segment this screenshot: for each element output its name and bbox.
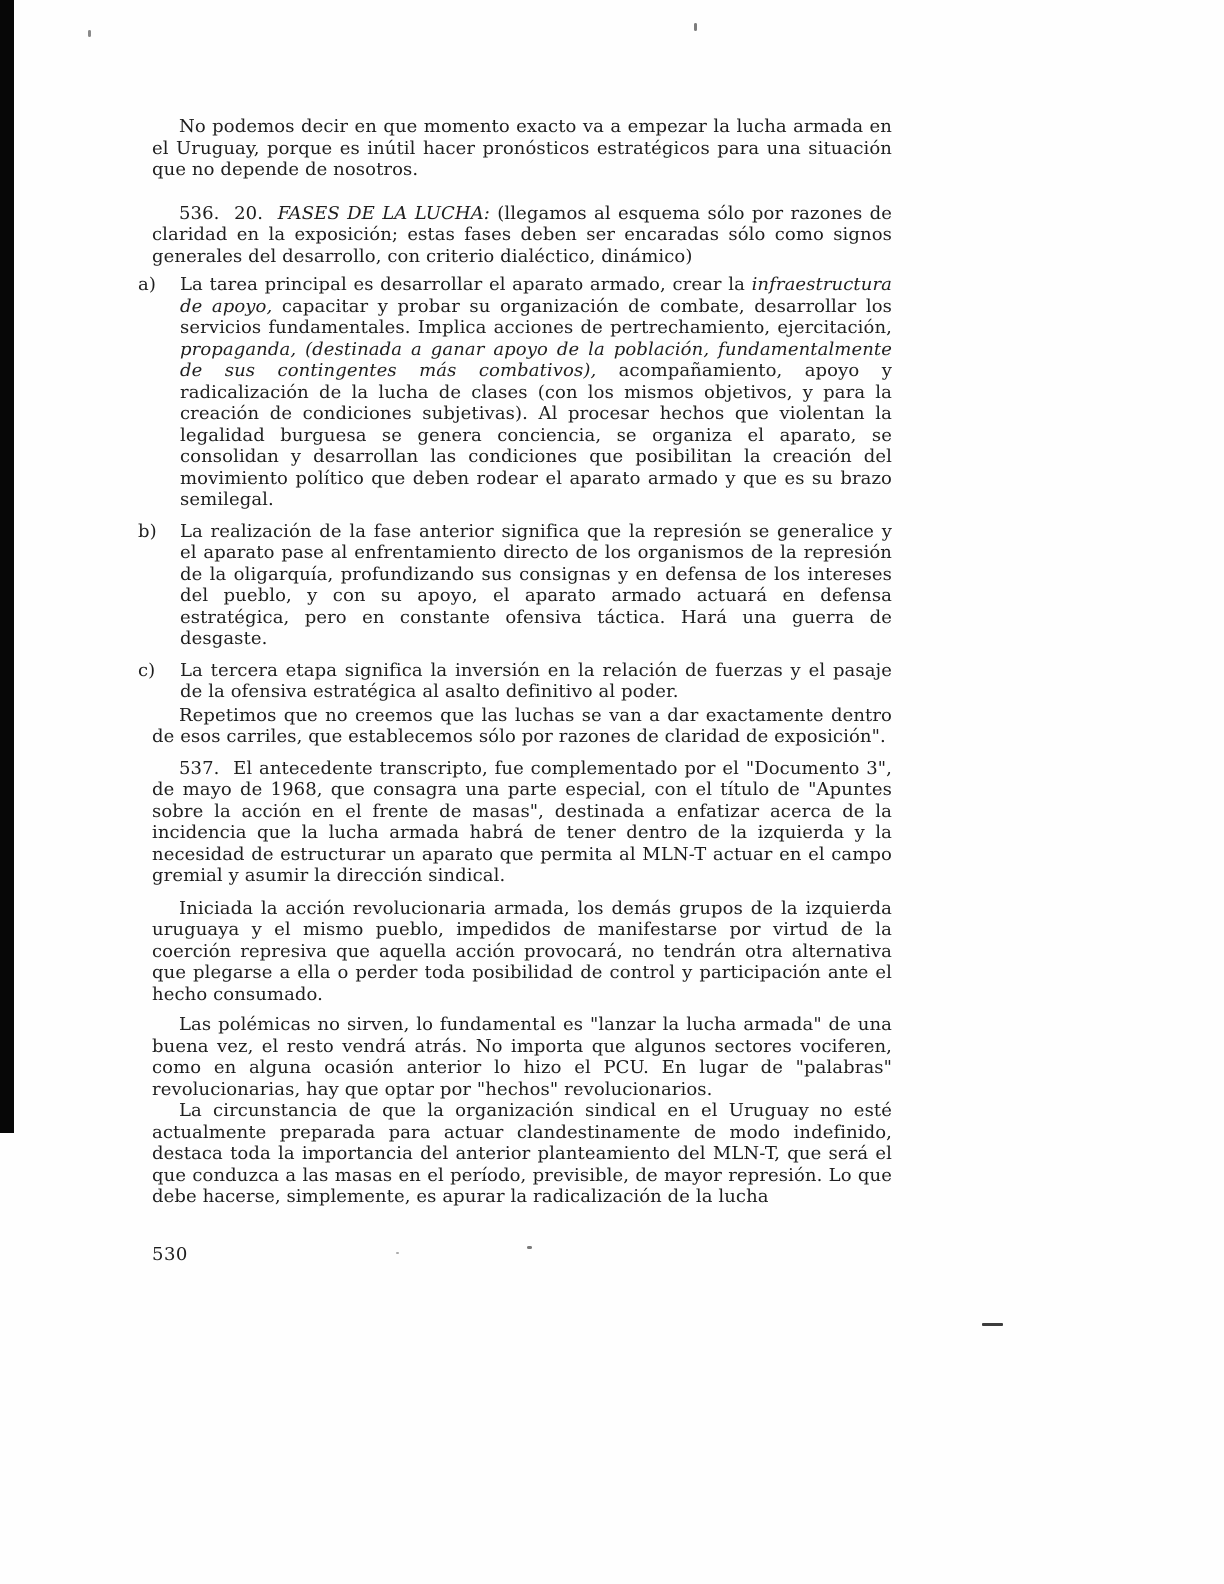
paragraph-536: 536. 20. FASES DE LA LUCHA: (llegamos al… <box>152 203 892 268</box>
stray-dash-mark <box>982 1323 1003 1326</box>
scan-speck-bottom-center <box>527 1246 532 1249</box>
list-item-c: c) La tercera etapa significa la inversi… <box>152 660 892 703</box>
paragraph-circunstancia-text: La circunstancia de que la organización … <box>152 1100 892 1207</box>
paragraph-polemicas-text: Las polémicas no sirven, lo fundamental … <box>152 1014 892 1100</box>
list-item-a: a) La tarea principal es desarrollar el … <box>152 274 892 511</box>
paragraph-iniciada-text: Iniciada la acción revolucionaria armada… <box>152 898 892 1005</box>
paragraph-repetimos: Repetimos que no creemos que las luchas … <box>152 705 892 748</box>
list-item-b: b) La realización de la fase anterior si… <box>152 521 892 650</box>
list-item-a-run-4: acompañamiento, apoyo y radicalización d… <box>180 360 892 510</box>
scan-speck-top-left <box>88 30 91 37</box>
list-item-b-text: La realización de la fase anterior signi… <box>180 521 892 650</box>
list-item-b-label: b) <box>138 521 157 543</box>
paragraph-repetimos-text: Repetimos que no creemos que las luchas … <box>152 705 892 748</box>
paragraph-536-number: 536. 20. <box>179 203 278 224</box>
paragraph-536-heading: FASES DE LA LUCHA: <box>278 203 498 224</box>
paragraph-polemicas: Las polémicas no sirven, lo fundamental … <box>152 1014 892 1100</box>
paragraph-iniciada: Iniciada la acción revolucionaria armada… <box>152 898 892 1006</box>
paragraph-537-text: 537. El antecedente transcripto, fue com… <box>152 758 892 887</box>
list-item-c-text: La tercera etapa significa la inversión … <box>180 660 892 703</box>
list-item-c-label: c) <box>138 660 155 682</box>
paragraph-537: 537. El antecedente transcripto, fue com… <box>152 758 892 887</box>
scan-speck-top-center <box>694 23 697 31</box>
paragraph-intro: No podemos decir en que momento exacto v… <box>152 116 892 181</box>
scan-speck-bottom-left <box>396 1252 399 1254</box>
list-item-a-label: a) <box>138 274 156 296</box>
scan-edge-bar <box>0 0 14 1133</box>
list-item-a-run-2: capacitar y probar su organización de co… <box>180 296 892 339</box>
page-number: 530 <box>152 1244 188 1265</box>
paragraph-intro-text: No podemos decir en que momento exacto v… <box>152 116 892 180</box>
paragraph-circunstancia: La circunstancia de que la organización … <box>152 1100 892 1208</box>
list-item-a-run-0: La tarea principal es desarrollar el apa… <box>180 274 752 295</box>
page-text-column: No podemos decir en que momento exacto v… <box>152 116 892 1208</box>
